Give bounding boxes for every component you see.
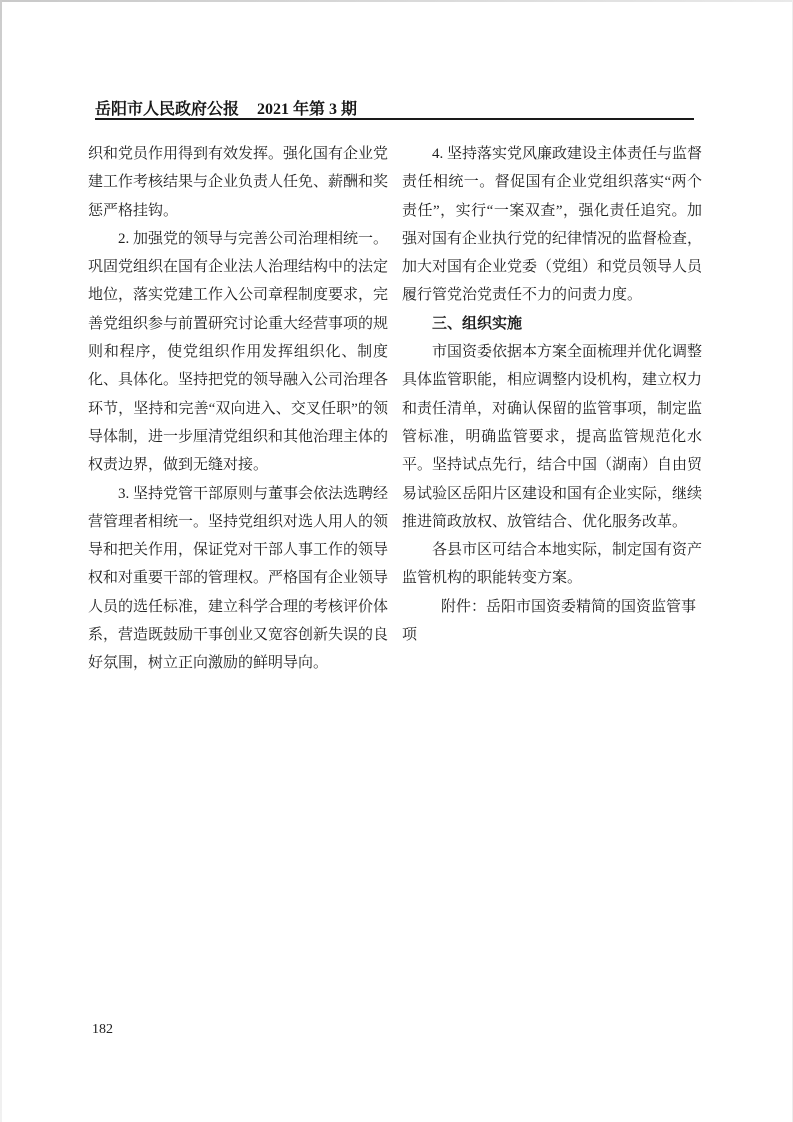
paragraph-implementation-1: 市国资委依据本方案全面梳理并优化调整具体监管职能，相应调整内设机构，建立权力和责…	[402, 338, 702, 536]
gazette-issue: 2021 年第 3 期	[257, 101, 357, 118]
page-number: 182	[92, 1022, 113, 1038]
section-heading-implementation: 三、组织实施	[402, 310, 702, 338]
paragraph-item-4: 4. 坚持落实党风廉政建设主体责任与监督责任相统一。督促国有企业党组织落实“两个…	[402, 140, 702, 310]
header-rule	[95, 118, 694, 120]
scan-edge-left	[0, 0, 2, 1122]
paragraph-continuation: 织和党员作用得到有效发挥。强化国有企业党建工作考核结果与企业负责人任免、薪酬和奖…	[88, 140, 388, 225]
gazette-title: 岳阳市人民政府公报	[95, 101, 239, 118]
paragraph-item-2: 2. 加强党的领导与完善公司治理相统一。巩固党组织在国有企业法人治理结构中的法定…	[88, 225, 388, 480]
paragraph-implementation-2: 各县市区可结合本地实际，制定国有资产监管机构的职能转变方案。	[402, 536, 702, 593]
right-column: 4. 坚持落实党风廉政建设主体责任与监督责任相统一。督促国有企业党组织落实“两个…	[402, 140, 702, 649]
paragraph-item-3: 3. 坚持党管干部原则与董事会依法选聘经营管理者相统一。坚持党组织对选人用人的领…	[88, 480, 388, 678]
left-column: 织和党员作用得到有效发挥。强化国有企业党建工作考核结果与企业负责人任免、薪酬和奖…	[88, 140, 388, 678]
scan-edge-top	[0, 0, 793, 2]
attachment-note: 附件：岳阳市国资委精简的国资监管事项	[402, 593, 702, 650]
page-header: 岳阳市人民政府公报2021 年第 3 期	[95, 96, 694, 119]
